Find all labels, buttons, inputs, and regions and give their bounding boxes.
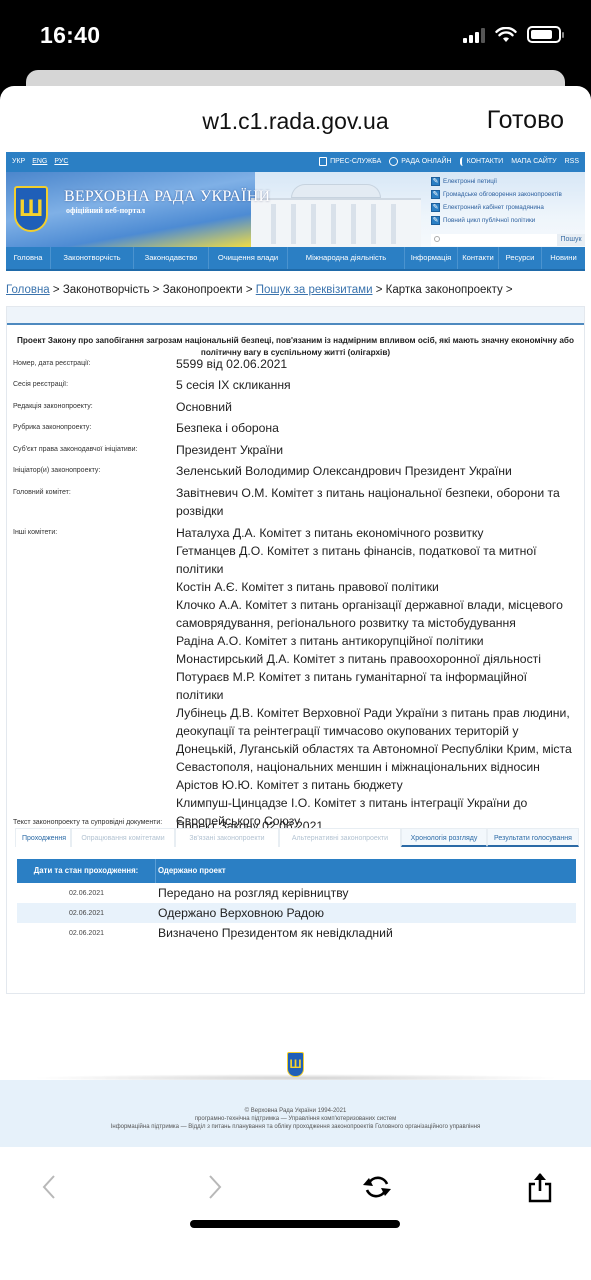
wifi-icon [495, 27, 517, 43]
field-value-edition: Основний [176, 398, 576, 416]
field-label-session: Сесія реєстрації: [13, 380, 173, 390]
breadcrumb-separator: > [506, 284, 513, 296]
reload-button[interactable] [357, 1167, 397, 1207]
quick-links: ✎Електронні петиції ✎Громадське обговоре… [431, 177, 562, 225]
quick-link-label: Громадське обговорення законопроектів [443, 191, 562, 198]
ios-status-bar: 16:40 [0, 0, 591, 70]
field-value-rubric: Безпека і оборона [176, 419, 576, 437]
field-value-number: 5599 від 02.06.2021 [176, 355, 576, 373]
search-icon [434, 236, 440, 242]
status-icons [463, 26, 561, 43]
card-header-bar [7, 307, 584, 325]
tab-chronology[interactable]: Хронологія розгляду [401, 828, 487, 847]
lang-eng[interactable]: ENG [32, 158, 47, 165]
share-icon [527, 1171, 553, 1203]
site-search: Пошук [431, 234, 585, 246]
chevron-left-icon [41, 1174, 57, 1200]
browser-sheet: w1.c1.rada.gov.ua Готово УКР ENG РУС ПРЕ… [0, 86, 591, 1280]
rada-online-label: РАДА ОНЛАЙН [401, 158, 451, 165]
field-label-other-committees: Інші комітети: [13, 528, 173, 538]
field-label-subject: Суб'єкт права законодавчої ініціативи: [13, 445, 173, 455]
breadcrumb-home[interactable]: Головна [6, 284, 50, 296]
committee-item: Радіна А.О. Комітет з питань антикорупці… [176, 632, 576, 650]
press-service-link[interactable]: ПРЕС-СЛУЖБА [319, 157, 381, 166]
committee-item: Костін А.Є. Комітет з питань правової по… [176, 578, 576, 596]
tab-committee-review: Опрацювання комітетами [71, 828, 175, 847]
row-status: Передано на розгляд керівництву [156, 886, 349, 900]
field-value-other-committees: Наталуха Д.А. Комітет з питань економічн… [176, 524, 576, 830]
footer-text: © Верховна Рада України 1994-2021 програ… [0, 1107, 591, 1131]
field-label-documents: Текст законопроекту та супровідні докуме… [13, 818, 173, 828]
breadcrumb-lawmaking: Законотворчість [63, 284, 150, 296]
edit-icon: ✎ [431, 216, 440, 225]
edit-icon: ✎ [431, 203, 440, 212]
header-dates: Дати та стан проходження: [17, 859, 156, 883]
field-value-session: 5 сесія IX скликання [176, 376, 576, 394]
home-indicator[interactable] [190, 1220, 400, 1228]
tab-related-bills: Зв'язані законопроекти [175, 828, 279, 847]
edit-icon: ✎ [431, 177, 440, 186]
committee-item: Наталуха Д.А. Комітет з питань економічн… [176, 524, 576, 542]
document-icon [319, 157, 327, 166]
battery-icon [527, 26, 561, 43]
coat-of-arms-icon[interactable]: Ш [14, 186, 48, 232]
row-date: 02.06.2021 [17, 890, 156, 897]
nav-resources[interactable]: Ресурси [499, 247, 542, 269]
cellular-signal-icon [463, 27, 485, 43]
table-row: 02.06.2021 Передано на розгляд керівницт… [17, 883, 576, 903]
quick-link-petitions[interactable]: ✎Електронні петиції [431, 177, 562, 186]
field-value-initiator: Зеленський Володимир Олександрович Прези… [176, 462, 576, 480]
contacts-link[interactable]: КОНТАКТИ [460, 157, 504, 166]
share-button[interactable] [520, 1167, 560, 1207]
quick-link-label: Електронні петиції [443, 178, 497, 185]
quick-link-label: Повний цикл публічної політики [443, 217, 535, 224]
table-row: 02.06.2021 Визначено Президентом як неві… [17, 923, 576, 943]
phone-icon [460, 157, 464, 166]
breadcrumb-separator: > [246, 284, 253, 296]
table-header: Дати та стан проходження: Одержано проек… [17, 859, 576, 883]
done-button[interactable]: Готово [487, 106, 564, 135]
lang-ukr[interactable]: УКР [12, 158, 25, 165]
portal-banner: Ш ВЕРХОВНА РАДА УКРАЇНИ офіційний веб-по… [6, 172, 585, 247]
chevron-right-icon [207, 1174, 223, 1200]
field-label-initiator: Ініціатор(и) законопроекту: [13, 466, 173, 476]
row-date: 02.06.2021 [17, 910, 156, 917]
browser-toolbar [0, 1147, 591, 1280]
breadcrumb-bill-card: Картка законопроекту [386, 284, 503, 296]
lang-rus[interactable]: РУС [54, 158, 68, 165]
back-button[interactable] [29, 1167, 69, 1207]
field-value-main-committee: Завітневич О.М. Комітет з питань націона… [176, 484, 576, 520]
nav-legislation[interactable]: Законодавство [134, 247, 209, 269]
search-button[interactable]: Пошук [557, 234, 585, 246]
globe-icon [389, 157, 398, 166]
committee-item: Арістов Ю.Ю. Комітет з питань бюджету [176, 776, 576, 794]
footer-copyright: © Верховна Рада України 1994-2021 [0, 1107, 591, 1115]
field-label-edition: Редакція законопроекту: [13, 402, 173, 412]
committee-item: Лубінець Д.В. Комітет Верховної Ради Укр… [176, 704, 576, 776]
field-label-main-committee: Головний комітет: [13, 488, 173, 498]
portal-title[interactable]: ВЕРХОВНА РАДА УКРАЇНИ [64, 188, 270, 206]
portal-topbar: УКР ENG РУС ПРЕС-СЛУЖБА РАДА ОНЛАЙН КОНТ… [6, 152, 585, 172]
row-status: Визначено Президентом як невідкладний [156, 926, 393, 940]
nav-contacts[interactable]: Контакти [458, 247, 499, 269]
field-label-number: Номер, дата реєстрації: [13, 359, 173, 369]
rss-link[interactable]: RSS [565, 158, 579, 165]
parliament-building-image [251, 184, 421, 247]
bill-card: Проект Закону про запобігання загрозам н… [6, 306, 585, 994]
quick-link-citizen-cabinet[interactable]: ✎Електронний кабінет громадянина [431, 203, 562, 212]
tab-passage[interactable]: Проходження [15, 828, 71, 847]
edit-icon: ✎ [431, 190, 440, 199]
breadcrumb-bills: Законопроекти [163, 284, 243, 296]
footer-info-support: Інформаційна підтримка — Відділ з питань… [0, 1123, 591, 1131]
language-switcher: УКР ENG РУС [12, 158, 68, 165]
tab-alternative-bills: Альтернативні законопроекти [279, 828, 401, 847]
breadcrumb-separator: > [376, 284, 383, 296]
forward-button[interactable] [195, 1167, 235, 1207]
committee-item: Потураєв М.Р. Комітет з питань гуманітар… [176, 668, 576, 704]
web-page: УКР ENG РУС ПРЕС-СЛУЖБА РАДА ОНЛАЙН КОНТ… [0, 152, 591, 1147]
field-label-rubric: Рубрика законопроекту: [13, 423, 173, 433]
search-input[interactable] [431, 234, 557, 246]
row-status: Одержано Верховною Радою [156, 906, 324, 920]
portal-subtitle: офіційний веб-портал [66, 206, 145, 215]
quick-link-policy-cycle[interactable]: ✎Повний цикл публічної політики [431, 216, 562, 225]
nav-home[interactable]: Головна [6, 247, 51, 269]
field-value-subject: Президент України [176, 441, 576, 459]
nav-information[interactable]: Інформація [405, 247, 458, 269]
press-service-label: ПРЕС-СЛУЖБА [330, 158, 381, 165]
status-time: 16:40 [40, 22, 100, 49]
quick-link-label: Електронний кабінет громадянина [443, 204, 544, 211]
breadcrumb: Головна > Законотворчість > Законопроект… [6, 284, 513, 296]
breadcrumb-separator: > [153, 284, 160, 296]
nav-lustration[interactable]: Очищення влади [209, 247, 288, 269]
nav-news[interactable]: Новини [542, 247, 585, 269]
passage-table: Дати та стан проходження: Одержано проек… [17, 859, 576, 943]
refresh-icon [361, 1172, 393, 1202]
bill-title: Проект Закону про запобігання загрозам н… [7, 325, 584, 359]
quick-link-public-discussion[interactable]: ✎Громадське обговорення законопроектів [431, 190, 562, 199]
row-date: 02.06.2021 [17, 930, 156, 937]
main-nav: Головна Законотворчість Законодавство Оч… [6, 247, 585, 271]
table-row: 02.06.2021 Одержано Верховною Радою [17, 903, 576, 923]
header-received: Одержано проект [156, 859, 226, 883]
committee-item: Гетманцев Д.О. Комітет з питань фінансів… [176, 542, 576, 578]
top-links: ПРЕС-СЛУЖБА РАДА ОНЛАЙН КОНТАКТИ МАПА СА… [319, 157, 579, 166]
breadcrumb-search[interactable]: Пошук за реквізитами [256, 284, 373, 296]
nav-lawmaking[interactable]: Законотворчість [51, 247, 134, 269]
committee-item: Клочко А.А. Комітет з питань організації… [176, 596, 576, 632]
tab-voting-results[interactable]: Результати голосування [487, 828, 579, 847]
committee-item: Монастирський Д.А. Комітет з питань прав… [176, 650, 576, 668]
contacts-label: КОНТАКТИ [467, 158, 504, 165]
browser-header: w1.c1.rada.gov.ua Готово [0, 86, 591, 152]
rada-online-link[interactable]: РАДА ОНЛАЙН [389, 157, 451, 166]
footer-tech-support: програмно-технічна підтримка — Управлінн… [0, 1115, 591, 1123]
breadcrumb-separator: > [53, 284, 60, 296]
bill-tabs: Проходження Опрацювання комітетами Зв'яз… [15, 828, 579, 847]
nav-international[interactable]: Міжнародна діяльність [288, 247, 405, 269]
footer-coat-of-arms-icon: Ш [287, 1052, 304, 1077]
sitemap-link[interactable]: МАПА САЙТУ [511, 158, 556, 165]
